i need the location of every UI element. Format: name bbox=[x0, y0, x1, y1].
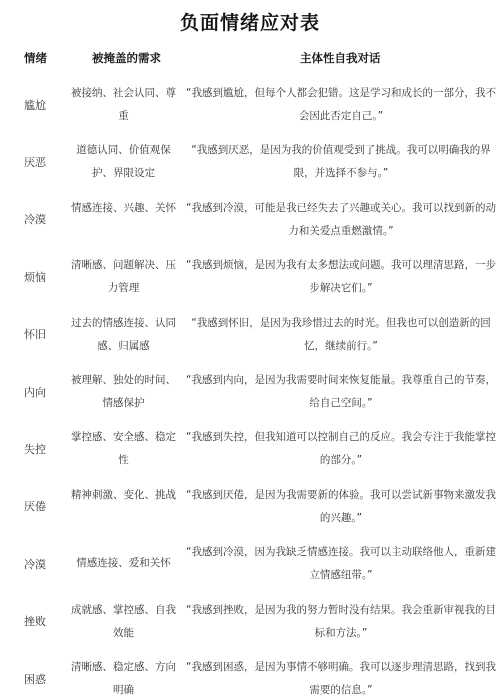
table-row: 冷漠 情感连接、爱和关怀 “我感到冷漠，因为我缺乏情感连接。我可以主动联络他人，… bbox=[0, 535, 500, 592]
table-row: 尴尬 被接纳、社会认同、尊重 “我感到尴尬，但每个人都会犯错。这是学习和成长的一… bbox=[0, 76, 500, 133]
table-row: 怀旧 过去的情感连接、认同感、归属感 “我感到怀旧，是因为我珍惜过去的时光。但我… bbox=[0, 306, 500, 363]
emotion-cell: 挫败 bbox=[12, 593, 58, 650]
table-row: 内向 被理解、独处的时间、情感保护 “我感到内向，是因为我需要时间来恢复能量。我… bbox=[0, 363, 500, 420]
emotion-cell: 厌倦 bbox=[12, 478, 58, 535]
emotion-cell: 内向 bbox=[12, 363, 58, 420]
need-cell: 道德认同、价值观保护、界限设定 bbox=[66, 139, 181, 185]
column-header-need: 被掩盖的需求 bbox=[92, 50, 161, 66]
need-cell: 被理解、独处的时间、情感保护 bbox=[66, 369, 181, 415]
emotion-cell: 烦恼 bbox=[12, 248, 58, 305]
dialog-cell: “我感到尴尬，但每个人都会犯错。这是学习和成长的一部分，我不会因此否定自己。” bbox=[186, 82, 496, 128]
emotion-cell: 厌恶 bbox=[12, 133, 58, 190]
need-cell: 情感连接、爱和关怀 bbox=[66, 552, 181, 575]
need-cell: 成就感、掌控感、自我效能 bbox=[66, 599, 181, 645]
dialog-cell: “我感到冷漠，因为我缺乏情感连接。我可以主动联络他人，重新建立情感纽带。” bbox=[186, 541, 496, 587]
table-body: 尴尬 被接纳、社会认同、尊重 “我感到尴尬，但每个人都会犯错。这是学习和成长的一… bbox=[0, 76, 500, 700]
dialog-cell: “我感到厌恶，是因为我的价值观受到了挑战。我可以明确我的界限，并选择不参与。” bbox=[186, 139, 496, 185]
dialog-cell: “我感到挫败，是因为我的努力暂时没有结果。我会重新审视我的目标和方法。” bbox=[186, 599, 496, 645]
table-row: 烦恼 清晰感、问题解决、压力管理 “我感到烦恼，是因为我有太多想法或问题。我可以… bbox=[0, 248, 500, 305]
emotion-cell: 冷漠 bbox=[12, 535, 58, 592]
table-row: 挫败 成就感、掌控感、自我效能 “我感到挫败，是因为我的努力暂时没有结果。我会重… bbox=[0, 593, 500, 650]
dialog-cell: “我感到烦恼，是因为我有太多想法或问题。我可以理清思路，一步步解决它们。” bbox=[186, 254, 496, 300]
column-header-emotion: 情绪 bbox=[24, 50, 47, 66]
need-cell: 过去的情感连接、认同感、归属感 bbox=[66, 312, 181, 358]
emotion-cell: 冷漠 bbox=[12, 191, 58, 248]
need-cell: 被接纳、社会认同、尊重 bbox=[66, 82, 181, 128]
dialog-cell: “我感到冷漠，可能是我已经失去了兴趣或关心。我可以找到新的动力和关爱点重燃激情。… bbox=[186, 197, 496, 243]
need-cell: 清晰感、稳定感、方向明确 bbox=[66, 656, 181, 700]
table-row: 厌倦 精神刺激、变化、挑战 “我感到厌倦，是因为我需要新的体验。我可以尝试新事物… bbox=[0, 478, 500, 535]
table-row: 厌恶 道德认同、价值观保护、界限设定 “我感到厌恶，是因为我的价值观受到了挑战。… bbox=[0, 133, 500, 190]
emotion-cell: 怀旧 bbox=[12, 306, 58, 363]
dialog-cell: “我感到怀旧，是因为我珍惜过去的时光。但我也可以创造新的回忆，继续前行。” bbox=[186, 312, 496, 358]
table-header: 情绪 被掩盖的需求 主体性自我对话 bbox=[0, 50, 500, 72]
need-cell: 掌控感、安全感、稳定性 bbox=[66, 426, 181, 472]
dialog-cell: “我感到厌倦，是因为我需要新的体验。我可以尝试新事物来激发我的兴趣。” bbox=[186, 484, 496, 530]
need-cell: 精神刺激、变化、挑战 bbox=[66, 484, 181, 507]
emotion-cell: 失控 bbox=[12, 420, 58, 477]
need-cell: 清晰感、问题解决、压力管理 bbox=[66, 254, 181, 300]
emotion-cell: 困惑 bbox=[12, 650, 58, 700]
need-cell: 情感连接、兴趣、关怀 bbox=[66, 197, 181, 220]
table-row: 困惑 清晰感、稳定感、方向明确 “我感到困惑，是因为事情不够明确。我可以逐步理清… bbox=[0, 650, 500, 700]
page-title: 负面情绪应对表 bbox=[0, 8, 500, 35]
column-header-dialog: 主体性自我对话 bbox=[300, 50, 381, 66]
emotion-cell: 尴尬 bbox=[12, 76, 58, 133]
dialog-cell: “我感到失控，但我知道可以控制自己的反应。我会专注于我能掌控的部分。” bbox=[186, 426, 496, 472]
table-row: 失控 掌控感、安全感、稳定性 “我感到失控，但我知道可以控制自己的反应。我会专注… bbox=[0, 420, 500, 477]
dialog-cell: “我感到困惑，是因为事情不够明确。我可以逐步理清思路，找到我需要的信息。” bbox=[186, 656, 496, 700]
dialog-cell: “我感到内向，是因为我需要时间来恢复能量。我尊重自己的节奏，给自己空间。” bbox=[186, 369, 496, 415]
table-row: 冷漠 情感连接、兴趣、关怀 “我感到冷漠，可能是我已经失去了兴趣或关心。我可以找… bbox=[0, 191, 500, 248]
